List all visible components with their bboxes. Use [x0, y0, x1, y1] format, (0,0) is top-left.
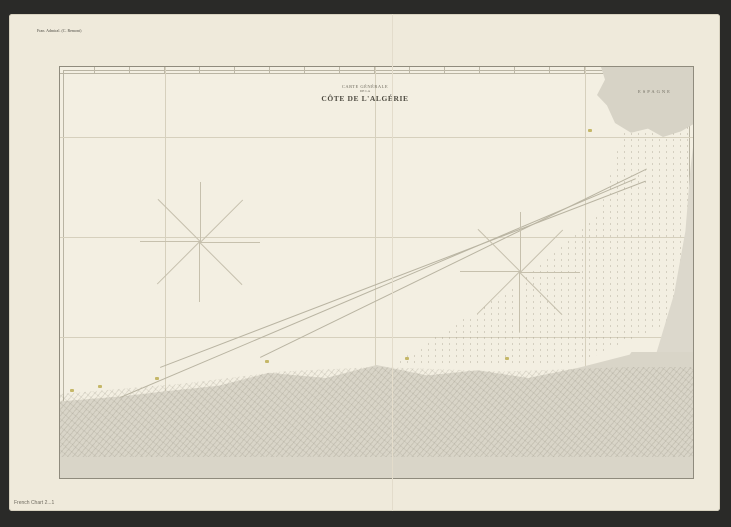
header-stamp: Fran. Admiral. (C. Remont) [37, 28, 81, 33]
archive-note: French Chart 2...1 [14, 500, 54, 506]
town-marker [405, 357, 409, 360]
town-marker [155, 377, 159, 380]
town-marker [265, 360, 269, 363]
town-marker [98, 385, 102, 388]
compass-rose-east [490, 242, 550, 302]
parallel-line [60, 137, 693, 138]
stamp-line-2: Fran. Admiral. (C. Remont) [37, 28, 81, 33]
town-marker [505, 357, 509, 360]
compass-rose-west [170, 212, 230, 272]
town-marker [588, 129, 592, 132]
title-cartouche: CARTE GÉNÉRALE DE LA CÔTE DE L'ALGÉRIE [310, 81, 420, 107]
map-sheet: Fran. Admiral. (C. Remont) ESPAGNE [9, 14, 720, 511]
top-scale-bar [60, 67, 693, 74]
title-line-2: DE LA [310, 89, 420, 93]
spain-label: ESPAGNE [638, 89, 672, 94]
chart-title: CÔTE DE L'ALGÉRIE [310, 94, 420, 103]
chart-frame: ESPAGNE CARTE GÉNÉRALE [59, 66, 694, 479]
town-marker [70, 389, 74, 392]
